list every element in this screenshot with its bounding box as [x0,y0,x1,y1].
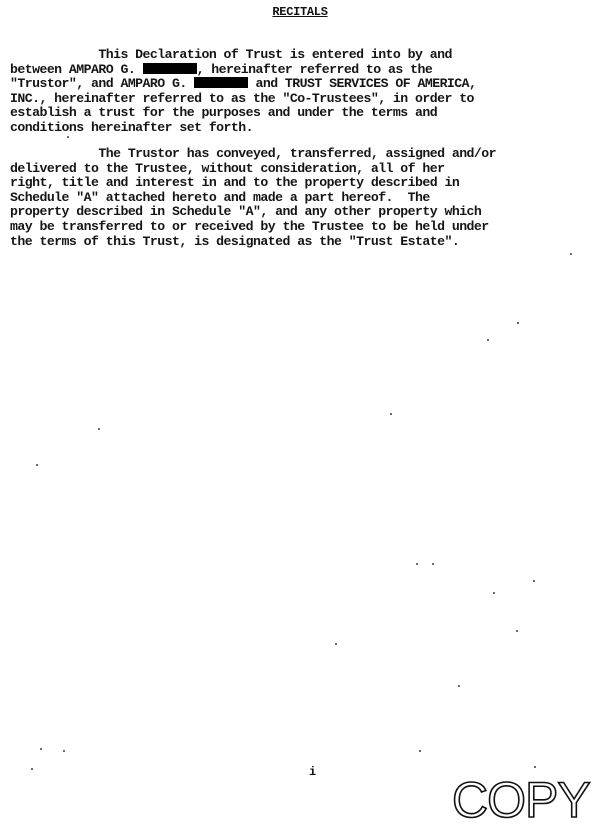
scan-speck [534,766,536,768]
copy-stamp: COPY [452,775,590,825]
scan-speck [419,750,421,752]
scan-speck [458,685,460,687]
redaction-block [194,77,248,88]
line: between AMPARO G. [10,62,143,77]
scan-speck [516,630,518,632]
line: conditions hereinafter set forth. [10,120,253,135]
scan-speck [98,428,100,430]
line: and TRUST SERVICES OF AMERICA, [248,76,476,91]
line: The Trustor has conveyed, transferred, a… [10,146,496,161]
document-page: RECITALS This Declaration of Trust is en… [0,0,600,826]
line: establish a trust for the purposes and u… [10,105,437,120]
scan-speck [67,136,69,138]
line: Schedule "A" attached hereto and made a … [10,190,430,205]
scan-speck [570,253,572,255]
scan-speck [432,563,434,565]
page-number: i [309,765,316,779]
scan-speck [533,580,535,582]
scan-speck [63,750,65,752]
line: INC., hereinafter referred to as the "Co… [10,91,474,106]
line: right, title and interest in and to the … [10,175,459,190]
scan-speck [36,464,38,466]
recital-paragraph-1: This Declaration of Trust is entered int… [10,48,600,136]
line: property described in Schedule "A", and … [10,204,481,219]
line: delivered to the Trustee, without consid… [10,161,444,176]
scan-speck [416,563,418,565]
scan-speck [40,748,42,750]
line: This Declaration of Trust is entered int… [10,47,452,62]
scan-speck [517,322,519,324]
line: "Trustor", and AMPARO G. [10,76,194,91]
scan-speck [335,643,337,645]
scan-speck [487,339,489,341]
recital-paragraph-2: The Trustor has conveyed, transferred, a… [10,147,600,249]
line: the terms of this Trust, is designated a… [10,234,459,249]
scan-speck [31,768,33,770]
redaction-block [143,63,197,74]
line: may be transferred to or received by the… [10,219,489,234]
scan-speck [390,413,392,415]
scan-speck [493,592,495,594]
section-heading: RECITALS [0,5,600,19]
line: , hereinafter referred to as the [197,62,433,77]
